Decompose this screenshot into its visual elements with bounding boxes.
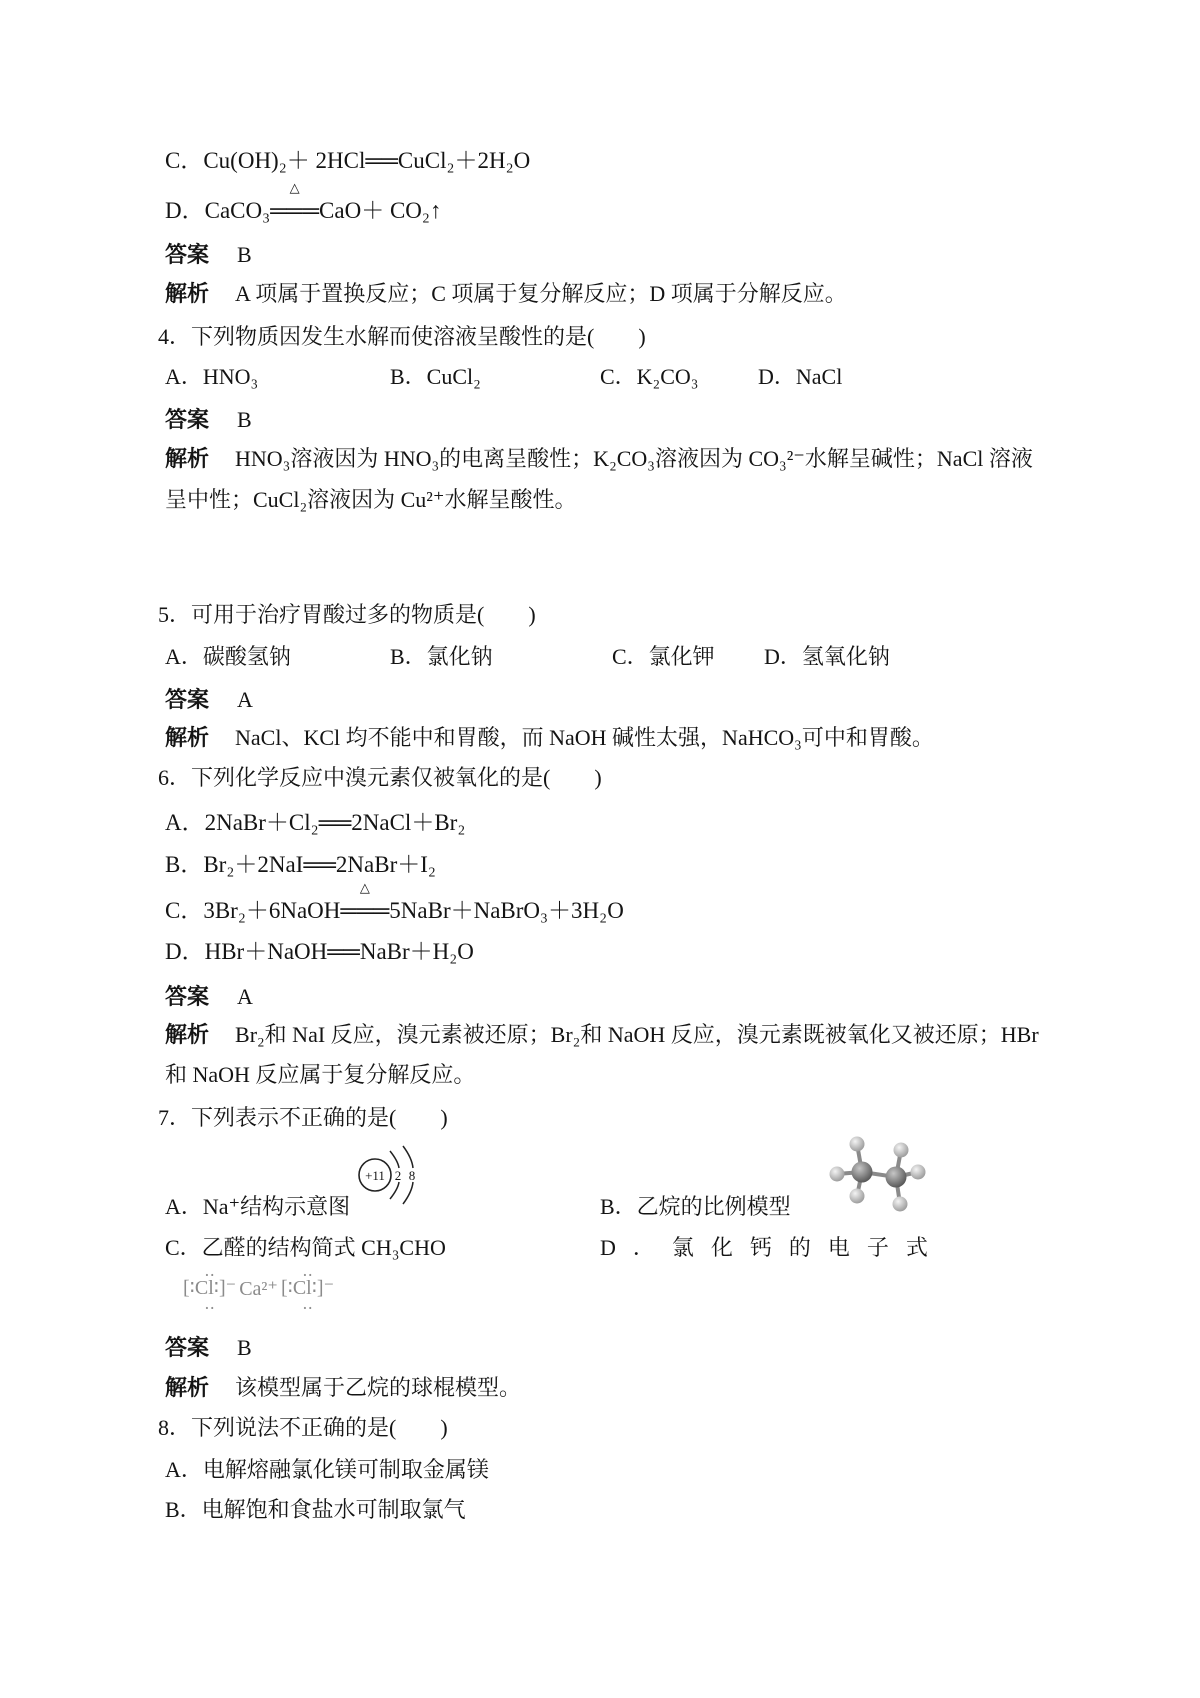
q5-title: 5．可用于治疗胃酸过多的物质是( ) — [158, 600, 536, 630]
q5-option-a: A．碳酸氢钠 — [165, 642, 291, 672]
answer-label: 答案 — [165, 984, 209, 1009]
q5-answer-value: A — [237, 687, 253, 712]
q8-option-a: A．电解熔融氯化镁可制取金属镁 — [165, 1455, 489, 1485]
triangle-heat-icon: △ — [360, 881, 370, 894]
q3-option-d-product: CaO＋ CO₂↑ — [319, 198, 441, 223]
q4-option-c: C．K₂CO₃ — [600, 362, 698, 392]
q5-option-c: C．氯化钾 — [612, 642, 715, 672]
q7-answer-row: 答案B — [165, 1333, 252, 1363]
q6-title: 6．下列化学反应中溴元素仅被氧化的是( ) — [158, 763, 602, 793]
nucleus-charge-label: +11 — [365, 1168, 385, 1183]
q4-title: 4．下列物质因发生水解而使溶液呈酸性的是( ) — [158, 322, 646, 352]
q6-option-c: C．3Br₂＋6NaOH△═══5NaBr＋NaBrO₃＋3H₂O — [165, 896, 624, 926]
q4-option-d: D．NaCl — [758, 362, 842, 392]
heated-equals-sign: △═══ — [340, 896, 389, 926]
analysis-label: 解析 — [165, 281, 209, 306]
chloride-ion-right: ‥ [∶Cl∶]⁻ ‥ — [281, 1266, 334, 1310]
q4-analysis-line2: 呈中性；CuCl₂溶液因为 Cu²⁺水解呈酸性。 — [165, 485, 577, 515]
q3-option-d-reactant: D．CaCO₃ — [165, 198, 270, 223]
q6-analysis-row: 解析Br₂和 NaI 反应，溴元素被还原；Br₂和 NaOH 反应，溴元素既被氧… — [165, 1020, 1039, 1050]
q4-answer-row: 答案B — [165, 405, 252, 435]
inner-shell-arc-top — [390, 1151, 399, 1168]
equals-bar: ═══ — [270, 198, 319, 223]
q3-answer-row: 答案B — [165, 240, 252, 270]
q4-analysis-row: 解析HNO₃溶液因为 HNO₃的电离呈酸性；K₂CO₃溶液因为 CO₃²⁻水解呈… — [165, 444, 1033, 474]
analysis-label: 解析 — [165, 1375, 209, 1400]
answer-label: 答案 — [165, 687, 209, 712]
sodium-ion-structure-diagram: +11 2 8 — [350, 1142, 428, 1208]
q6-option-d: D．HBr＋NaOH══NaBr＋H₂O — [165, 937, 474, 967]
q6-analysis-line2: 和 NaOH 反应属于复分解反应。 — [165, 1060, 475, 1090]
outer-shell-arc-bottom — [403, 1182, 413, 1204]
q6-option-b: B．Br₂＋2NaI══2NaBr＋I₂ — [165, 850, 436, 880]
q6-answer-value: A — [237, 984, 253, 1009]
triangle-heat-icon: △ — [290, 181, 300, 194]
heated-equals-sign: △═══ — [270, 196, 319, 226]
q6-option-c-product: 5NaBr＋NaBrO₃＋3H₂O — [389, 898, 624, 923]
answer-label: 答案 — [165, 407, 209, 432]
q7-option-c: C．乙醛的结构简式 CH₃CHO — [165, 1233, 446, 1263]
inner-shell-electron-count: 2 — [395, 1168, 402, 1183]
answer-label: 答案 — [165, 1335, 209, 1360]
equals-bar: ═══ — [340, 898, 389, 923]
q6-option-a: A．2NaBr＋Cl₂══2NaCl＋Br₂ — [165, 808, 465, 838]
q7-answer-value: B — [237, 1335, 252, 1360]
q6-option-c-reactant: C．3Br₂＋6NaOH — [165, 898, 340, 923]
q4-analysis-line1: HNO₃溶液因为 HNO₃的电离呈酸性；K₂CO₃溶液因为 CO₃²⁻水解呈碱性… — [235, 446, 1033, 471]
q7-option-d: D．氯化钙的电子式 — [600, 1233, 945, 1263]
q3-analysis-text: A 项属于置换反应；C 项属于复分解反应；D 项属于分解反应。 — [235, 281, 847, 306]
q5-analysis-text: NaCl、KCl 均不能中和胃酸，而 NaOH 碱性太强，NaHCO₃可中和胃酸… — [235, 725, 934, 750]
lone-pair-dots-top: ‥ — [204, 1266, 215, 1277]
answer-label: 答案 — [165, 242, 209, 267]
q7-title: 7．下列表示不正确的是( ) — [158, 1103, 448, 1133]
q4-option-a: A．HNO₃ — [165, 362, 258, 392]
q8-option-b: B．电解饱和食盐水可制取氯气 — [165, 1495, 466, 1525]
q7-option-a: A．Na⁺结构示意图 — [165, 1192, 350, 1222]
q3-analysis-row: 解析A 项属于置换反应；C 项属于复分解反应；D 项属于分解反应。 — [165, 279, 847, 309]
analysis-label: 解析 — [165, 1022, 209, 1047]
analysis-label: 解析 — [165, 725, 209, 750]
calcium-cation: Ca²⁺ — [239, 1276, 278, 1301]
q7-analysis-row: 解析该模型属于乙烷的球棍模型。 — [165, 1373, 521, 1403]
q5-analysis-row: 解析NaCl、KCl 均不能中和胃酸，而 NaOH 碱性太强，NaHCO₃可中和… — [165, 723, 934, 753]
outer-shell-arc-top — [403, 1146, 413, 1168]
analysis-label: 解析 — [165, 446, 209, 471]
q4-option-b: B．CuCl₂ — [390, 362, 481, 392]
chloride-ion-left: ‥ [∶Cl∶]⁻ ‥ — [183, 1266, 236, 1310]
q3-option-c: C．Cu(OH)₂＋ 2HCl══CuCl₂＋2H₂O — [165, 146, 530, 176]
lone-pair-dots-bottom: ‥ — [204, 1299, 215, 1310]
outer-shell-electron-count: 8 — [409, 1168, 416, 1183]
lone-pair-dots-top: ‥ — [302, 1266, 313, 1277]
inner-shell-arc-bottom — [390, 1182, 399, 1199]
q6-answer-row: 答案A — [165, 982, 253, 1012]
q5-option-b: B．氯化钠 — [390, 642, 493, 672]
exam-page: C．Cu(OH)₂＋ 2HCl══CuCl₂＋2H₂O D．CaCO₃△═══C… — [0, 0, 1200, 1698]
q6-analysis-line1: Br₂和 NaI 反应，溴元素被还原；Br₂和 NaOH 反应，溴元素既被氧化又… — [235, 1022, 1039, 1047]
q8-title: 8．下列说法不正确的是( ) — [158, 1413, 448, 1443]
q3-option-d: D．CaCO₃△═══CaO＋ CO₂↑ — [165, 196, 441, 226]
q5-answer-row: 答案A — [165, 685, 253, 715]
q4-answer-value: B — [237, 407, 252, 432]
q3-answer-value: B — [237, 242, 252, 267]
lone-pair-dots-bottom: ‥ — [302, 1299, 313, 1310]
q7-analysis-text: 该模型属于乙烷的球棍模型。 — [235, 1375, 521, 1400]
q5-option-d: D．氢氧化钠 — [764, 642, 890, 672]
ethane-ball-stick-model — [812, 1128, 937, 1220]
calcium-chloride-electron-formula: ‥ [∶Cl∶]⁻ ‥ Ca²⁺ ‥ [∶Cl∶]⁻ ‥ — [183, 1266, 334, 1310]
q7-option-b: B．乙烷的比例模型 — [600, 1192, 791, 1222]
